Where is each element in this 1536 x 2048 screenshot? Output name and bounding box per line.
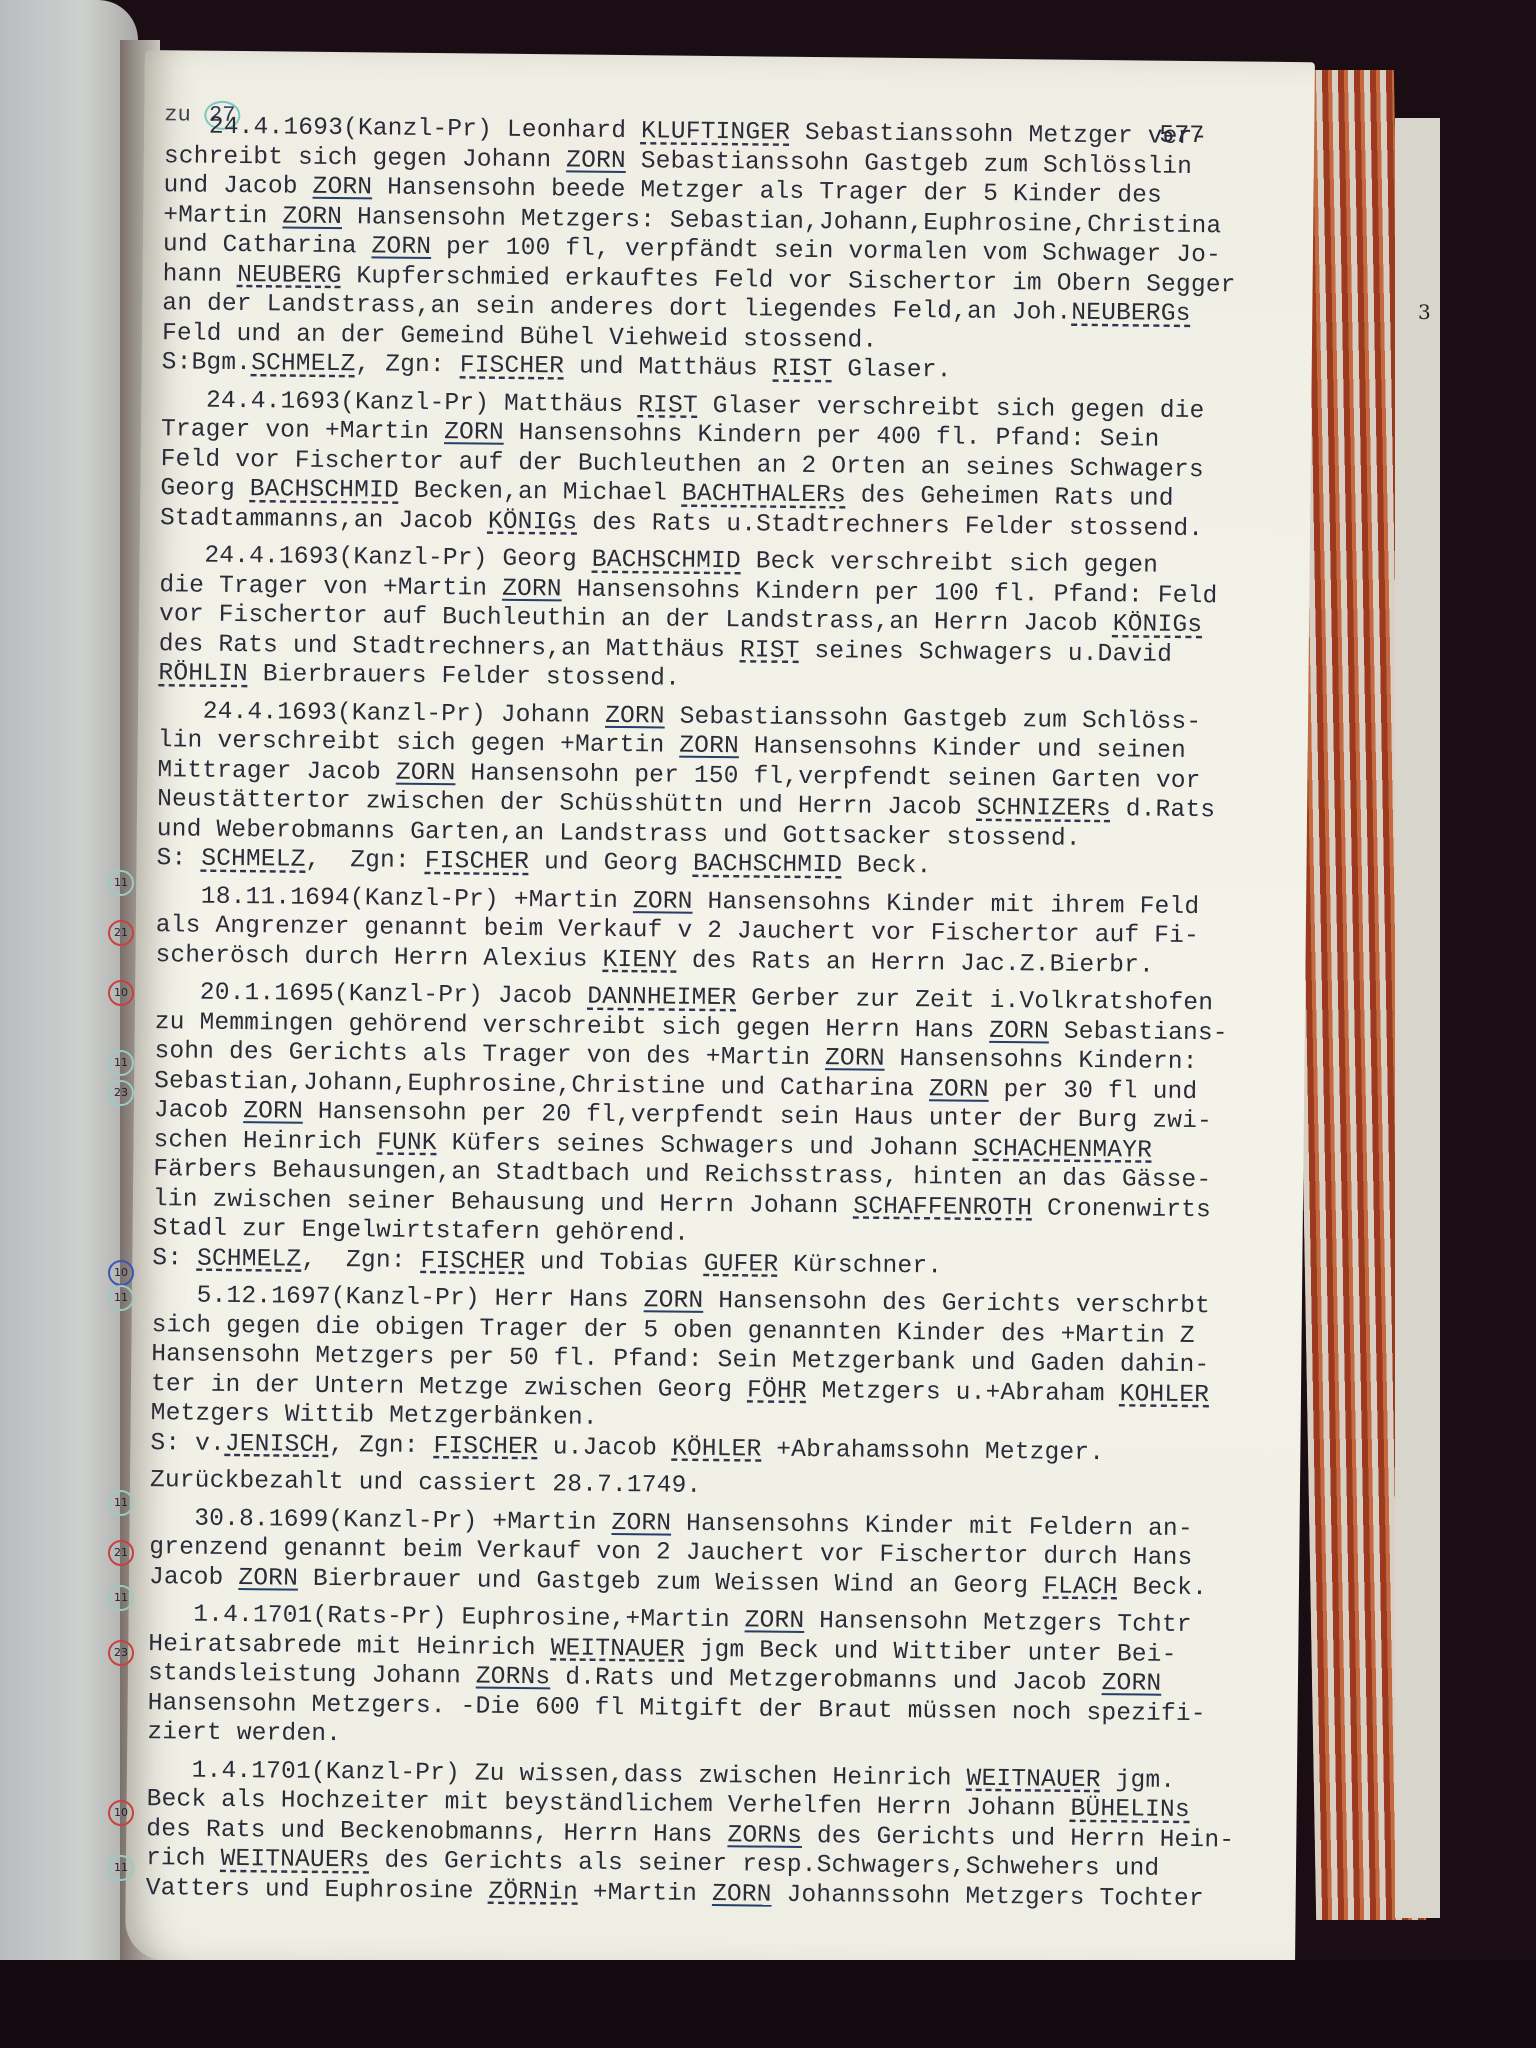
margin-circled-mark: 11 (108, 870, 134, 896)
surname: GUFER (704, 1250, 779, 1278)
surname: ZORN (502, 575, 562, 603)
surname: ZORN (611, 1509, 671, 1537)
surname: ZORN (1102, 1670, 1162, 1698)
margin-circled-mark: 10 (108, 980, 134, 1006)
document-body: 24.4.1693(Kanzl-Pr) Leonhard KLUFTINGER … (146, 112, 1285, 1923)
surname: KIENY (602, 946, 677, 974)
surname: SCHAFFENROTH (853, 1193, 1032, 1222)
margin-circled-mark: 23 (108, 1640, 134, 1666)
surname: WEITNAUER (551, 1635, 685, 1663)
surname: FISCHER (460, 352, 565, 380)
margin-circled-mark: 10 (108, 1260, 134, 1286)
surname: RIST (740, 637, 800, 665)
document-entry: Zurückbezahlt und cassiert 28.7.1749. (150, 1466, 1270, 1507)
handwritten-margin-note: 3 (1418, 300, 1431, 324)
surname: ZORN (396, 759, 456, 787)
surname: JENISCH (225, 1430, 330, 1458)
document-page: zu 27 577 24.4.1693(Kanzl-Pr) Leonhard K… (125, 50, 1315, 1972)
surname: ZORN (282, 203, 342, 231)
surname: FISCHER (425, 848, 530, 876)
document-entry: 1.4.1701(Kanzl-Pr) Zu wissen,dass zwisch… (146, 1756, 1267, 1915)
margin-circled-mark: 11 (108, 1585, 134, 1611)
surname: ZÖRNin (488, 1878, 578, 1906)
document-entry: 30.8.1699(Kanzl-Pr) +Martin ZORN Hansens… (149, 1504, 1270, 1604)
surname: FÖHR (747, 1377, 807, 1405)
document-entry: 1.4.1701(Rats-Pr) Euphrosine,+Martin ZOR… (147, 1600, 1268, 1759)
surname: ZORN (566, 147, 626, 175)
surname: FISCHER (420, 1247, 525, 1275)
document-entry: 18.11.1694(Kanzl-Pr) +Martin ZORN Hansen… (155, 882, 1276, 982)
document-entry: 24.4.1693(Kanzl-Pr) Johann ZORN Sebastia… (156, 697, 1278, 886)
surname: ZORN (712, 1881, 772, 1909)
surname: FUNK (377, 1129, 437, 1157)
surname: ZORN (644, 1287, 704, 1315)
surname: BACHSCHMID (592, 547, 741, 576)
surname: KÖHLER (672, 1435, 762, 1463)
surname: ZORN (444, 419, 504, 447)
surname: ZORN (745, 1607, 805, 1635)
margin-circled-mark: 11 (108, 1855, 134, 1881)
margin-circled-mark: 23 (108, 1080, 134, 1106)
surname: ZORN (371, 233, 431, 261)
document-entry: 5.12.1697(Kanzl-Pr) Herr Hans ZORN Hanse… (150, 1281, 1272, 1470)
surname: RIST (773, 356, 833, 384)
surname: BACHTHALERs (682, 481, 846, 510)
surname: SCHACHENMAYR (973, 1135, 1152, 1164)
document-entry: 20.1.1695(Kanzl-Pr) Jacob DANNHEIMER Ger… (152, 978, 1275, 1285)
surname: KÖNIGs (1113, 611, 1203, 639)
back-page-edge (1395, 118, 1440, 1918)
surname: NEUBERG (237, 261, 342, 289)
surname: ZORN (312, 174, 372, 202)
surname: SCHMELZ (201, 846, 306, 874)
surname: FISCHER (433, 1433, 538, 1461)
surname: ZORNs (727, 1822, 802, 1850)
surname: RÖHLIN (158, 660, 248, 688)
surname: KLUFTINGER (641, 118, 790, 147)
surname: SCHNIZERs (977, 795, 1111, 823)
surname: ZORN (633, 888, 693, 916)
surname: KOHLER (1120, 1381, 1210, 1409)
surname: ZORN (679, 733, 739, 761)
surname: ZORN (243, 1098, 303, 1126)
surname: ZORN (989, 1017, 1049, 1045)
margin-circled-mark: 11 (108, 1490, 134, 1516)
surname: WEITNAUERs (220, 1846, 369, 1875)
margin-circled-mark: 21 (108, 920, 134, 946)
surname: RIST (638, 392, 698, 420)
surname: WEITNAUER (966, 1765, 1100, 1793)
surname: ZORN (825, 1045, 885, 1073)
surname: ZORNs (476, 1664, 551, 1692)
margin-circled-mark: 11 (108, 1285, 134, 1311)
surname: ZORN (238, 1565, 298, 1593)
surname: FLACH (1043, 1573, 1118, 1601)
surname: ZORN (605, 702, 665, 730)
surname: BACHSCHMID (250, 476, 399, 505)
margin-circled-mark: 21 (108, 1540, 134, 1566)
surname: DANNHEIMER (587, 984, 736, 1013)
margin-circled-mark: 10 (108, 1800, 134, 1826)
surname: SCHMELZ (251, 350, 356, 378)
table-surface (0, 1960, 1536, 2048)
document-entry: 24.4.1693(Kanzl-Pr) Matthäus RIST Glaser… (160, 386, 1281, 545)
surname: BACHSCHMID (693, 851, 842, 880)
document-entry: 24.4.1693(Kanzl-Pr) Leonhard KLUFTINGER … (162, 112, 1285, 389)
margin-circled-mark: 11 (108, 1050, 134, 1076)
text-line: Zurückbezahlt und cassiert 28.7.1749. (150, 1466, 1270, 1507)
document-entry: 24.4.1693(Kanzl-Pr) Georg BACHSCHMID Bec… (158, 541, 1279, 700)
surname: ZORN (929, 1076, 989, 1104)
surname: KÖNIGs (488, 508, 578, 536)
surname: BÜHELINs (1070, 1796, 1190, 1824)
surname: NEUBERGs (1071, 300, 1191, 328)
surname: SCHMELZ (197, 1245, 302, 1273)
